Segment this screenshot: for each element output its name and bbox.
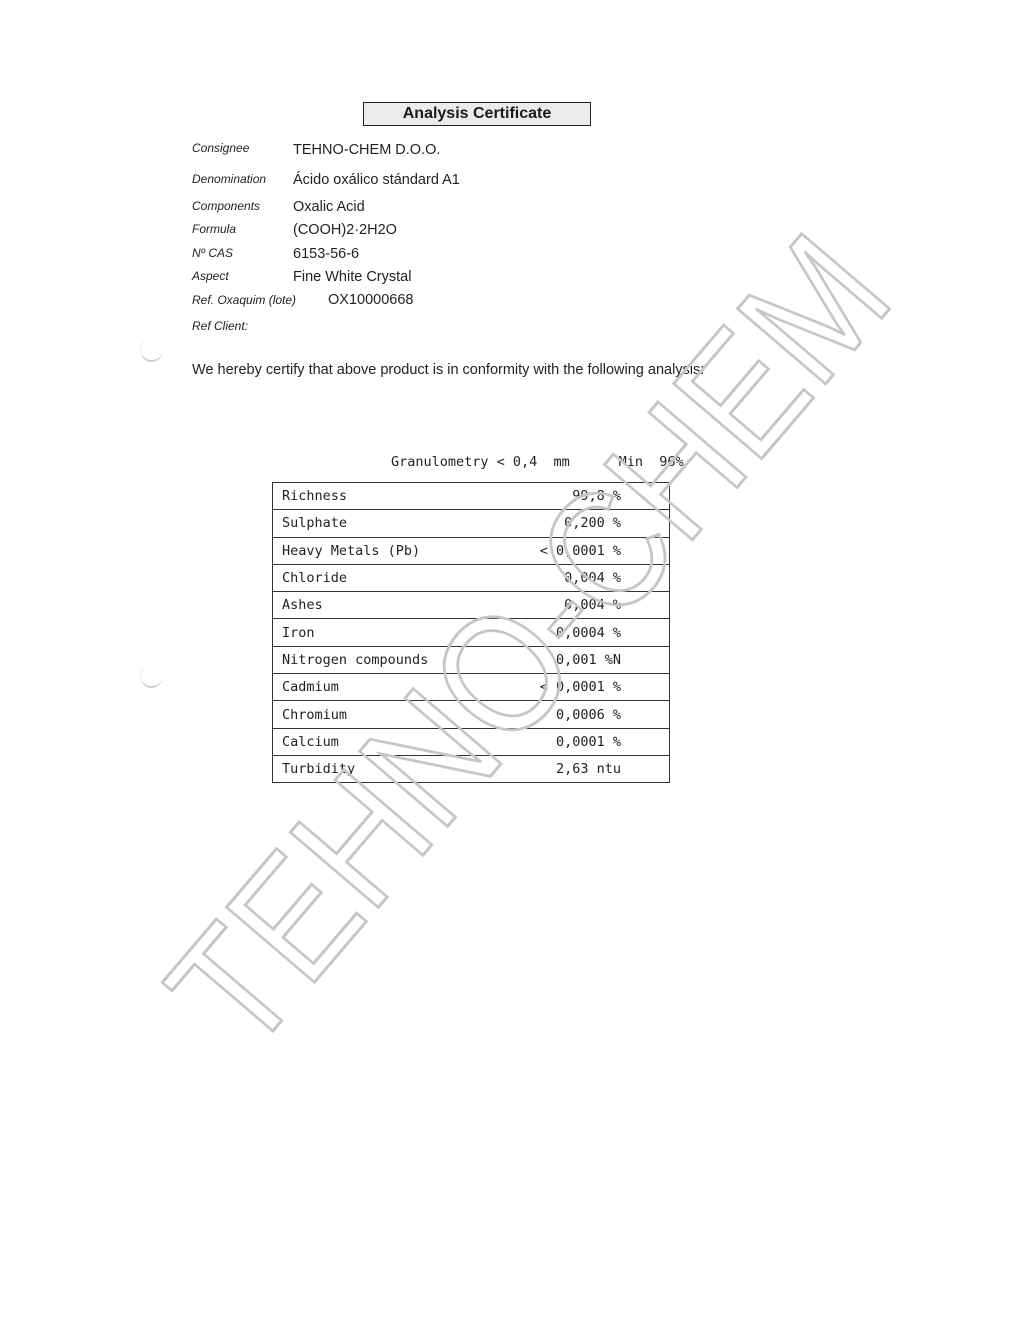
field-label-aspect: Aspect: [192, 269, 229, 283]
granulometry-line: Granulometry < 0,4 mm Min 96%: [391, 454, 684, 470]
parameter-name: Iron: [273, 619, 490, 646]
field-label-ref-oxaquim: Ref. Oxaquim (lote): [192, 293, 296, 307]
field-value-consignee: TEHNO-CHEM D.O.O.: [293, 142, 440, 158]
table-row: Nitrogen compounds0,001 %N: [273, 646, 670, 673]
punch-hole-mark: [140, 664, 163, 688]
parameter-value: 0,0004 %: [489, 619, 669, 646]
parameter-name: Turbidity: [273, 755, 490, 782]
document-title: Analysis Certificate: [363, 102, 591, 126]
table-row: Chloride0,004 %: [273, 564, 670, 591]
table-row: Richness99,8 %: [273, 483, 670, 510]
table-row: Heavy Metals (Pb)< 0,0001 %: [273, 537, 670, 564]
field-label-formula: Formula: [192, 222, 236, 236]
field-label-denomination: Denomination: [192, 172, 266, 186]
field-value-formula: (COOH)2·2H2O: [293, 222, 397, 238]
punch-hole-mark: [140, 338, 163, 362]
parameter-value: 0,0001 %: [489, 728, 669, 755]
parameter-name: Heavy Metals (Pb): [273, 537, 490, 564]
parameter-value: 0,0006 %: [489, 701, 669, 728]
field-value-denomination: Ácido oxálico stándard A1: [293, 172, 460, 188]
certificate-page: Analysis Certificate Consignee TEHNO-CHE…: [0, 0, 1020, 1320]
field-label-cas: Nº CAS: [192, 246, 233, 260]
table-row: Ashes0,004 %: [273, 592, 670, 619]
parameter-value: 0,004 %: [489, 592, 669, 619]
parameter-name: Ashes: [273, 592, 490, 619]
parameter-name: Nitrogen compounds: [273, 646, 490, 673]
parameter-name: Sulphate: [273, 510, 490, 537]
parameter-value: 0,001 %N: [489, 646, 669, 673]
parameter-value: 2,63 ntu: [489, 755, 669, 782]
field-label-consignee: Consignee: [192, 141, 249, 155]
table-row: Turbidity2,63 ntu: [273, 755, 670, 782]
parameter-name: Chromium: [273, 701, 490, 728]
certification-statement: We hereby certify that above product is …: [192, 362, 704, 378]
field-label-ref-client: Ref Client:: [192, 319, 248, 333]
field-value-ref-oxaquim: OX10000668: [328, 292, 413, 308]
parameter-name: Calcium: [273, 728, 490, 755]
table-row: Calcium0,0001 %: [273, 728, 670, 755]
field-label-components: Components: [192, 199, 260, 213]
parameter-name: Cadmium: [273, 674, 490, 701]
field-value-cas: 6153-56-6: [293, 246, 359, 262]
table-row: Chromium0,0006 %: [273, 701, 670, 728]
parameter-value: < 0,0001 %: [489, 674, 669, 701]
parameter-value: < 0,0001 %: [489, 537, 669, 564]
analysis-table: Richness99,8 %Sulphate0,200 %Heavy Metal…: [272, 482, 670, 783]
parameter-value: 99,8 %: [489, 483, 669, 510]
parameter-value: 0,004 %: [489, 564, 669, 591]
field-value-components: Oxalic Acid: [293, 199, 365, 215]
table-row: Sulphate0,200 %: [273, 510, 670, 537]
table-row: Cadmium< 0,0001 %: [273, 674, 670, 701]
table-row: Iron0,0004 %: [273, 619, 670, 646]
parameter-name: Chloride: [273, 564, 490, 591]
field-value-aspect: Fine White Crystal: [293, 269, 411, 285]
parameter-name: Richness: [273, 483, 490, 510]
parameter-value: 0,200 %: [489, 510, 669, 537]
